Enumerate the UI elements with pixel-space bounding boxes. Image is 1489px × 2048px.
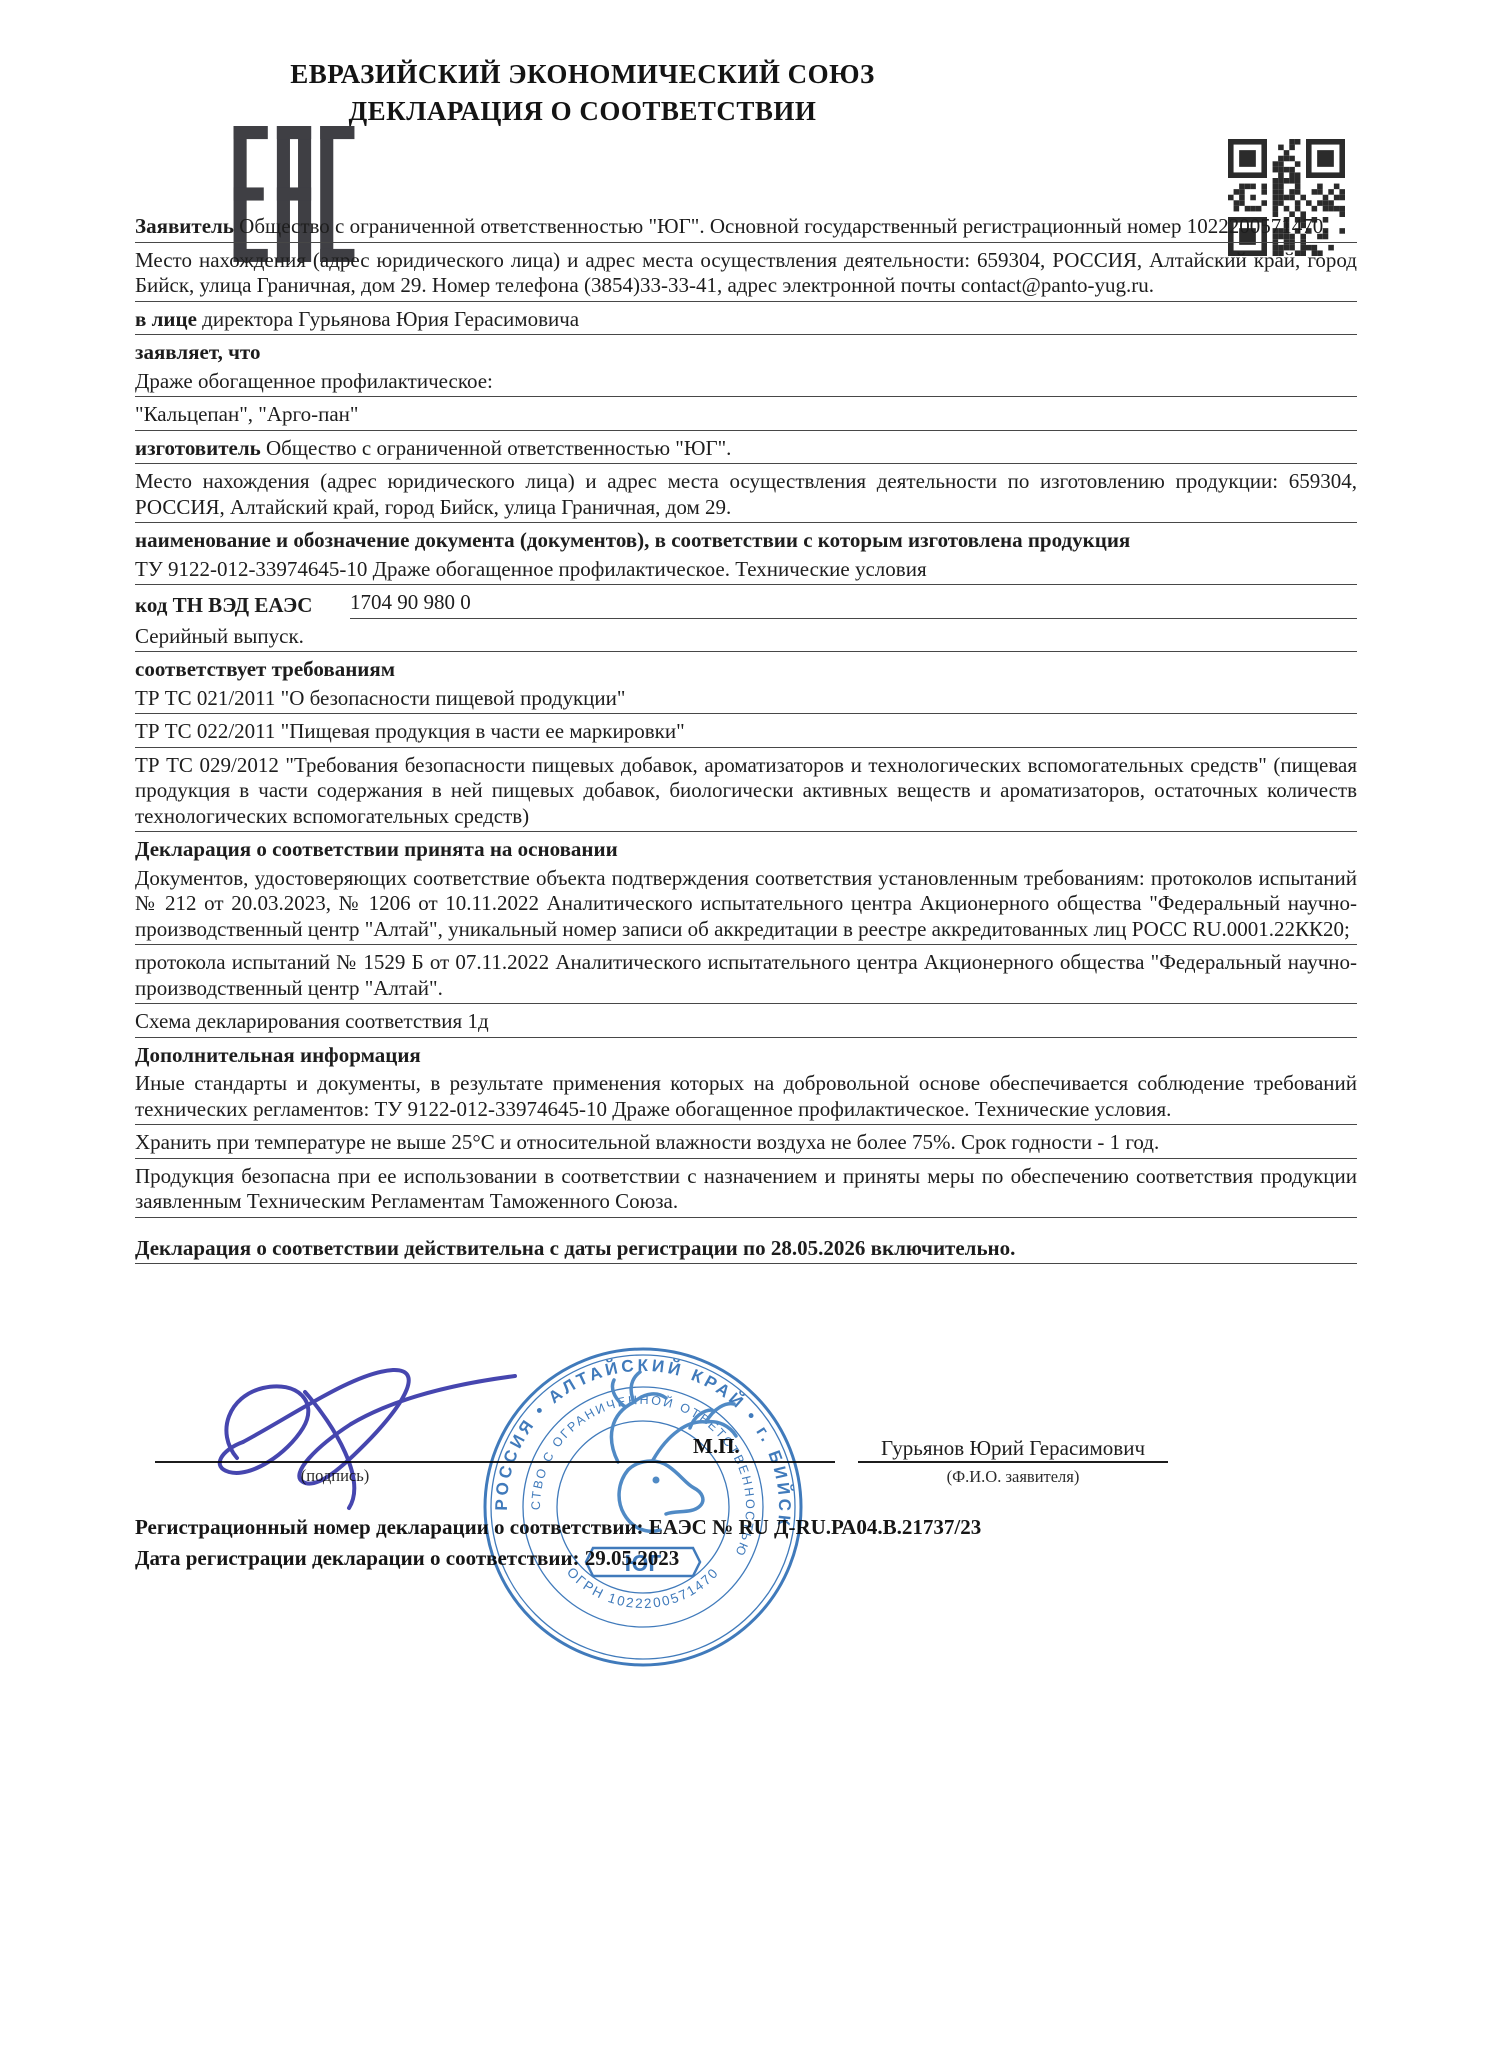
field-text: ТР ТС 021/2011 "О безопасности пищевой п… [135,686,625,710]
field-text: протокола испытаний № 1529 Б от 07.11.20… [135,950,1357,1000]
field-text: Продукция безопасна при ее использовании… [135,1164,1357,1214]
basis-heading: Декларация о соответствии принята на осн… [135,837,1357,863]
stamp-outer-ring-text: • РОССИЯ • АЛТАЙСКИЙ КРАЙ • г. БИЙСК [478,1342,794,1530]
field-text: Хранить при температуре не выше 25°С и о… [135,1130,1159,1154]
tnved: код ТН ВЭД ЕАЭС1704 90 980 0 [135,590,1357,619]
basis-protocols: Документов, удостоверяющих соответствие … [135,866,1357,946]
registration-number: Регистрационный номер декларации о соотв… [135,1515,981,1540]
field-label: в лице [135,307,197,331]
field-text: ТР ТС 022/2011 "Пищевая продукция в част… [135,719,685,743]
field-text: Серийный выпуск. [135,624,304,648]
applicant-address: Место нахождения (адрес юридического лиц… [135,248,1357,302]
safety: Продукция безопасна при ее использовании… [135,1164,1357,1218]
field-text: ТУ 9122-012-33974645-10 Драже обогащенно… [135,557,927,581]
scheme: Схема декларирования соответствия 1д [135,1009,1357,1038]
field-text: Драже обогащенное профилактическое: [135,369,493,393]
field-label: наименование и обозначение документа (до… [135,528,1130,552]
document-page: ЕВРАЗИЙСКИЙ ЭКОНОМИЧЕСКИЙ СОЮЗ ДЕКЛАРАЦИ… [0,0,1489,2048]
doc-tu: ТУ 9122-012-33974645-10 Драже обогащенно… [135,557,1357,586]
tnved-label: код ТН ВЭД ЕАЭС [135,593,350,619]
fio-line [858,1461,1168,1463]
field-text: директора Гурьянова Юрия Герасимовича [197,307,579,331]
validity: Декларация о соответствии действительна … [135,1236,1357,1265]
director: в лице директора Гурьянова Юрия Герасимо… [135,307,1357,336]
handwritten-signature [185,1362,565,1512]
field-label: Заявитель [135,214,234,238]
document-body: Заявитель Общество с ограниченной ответс… [135,214,1357,1269]
manufacturer-address: Место нахождения (адрес юридического лиц… [135,469,1357,523]
basis-protocol-2: протокола испытаний № 1529 Б от 07.11.20… [135,950,1357,1004]
title-line1: ЕВРАЗИЙСКИЙ ЭКОНОМИЧЕСКИЙ СОЮЗ [225,56,940,93]
signature-caption: (подпись) [255,1466,415,1486]
title-line2: ДЕКЛАРАЦИЯ О СООТВЕТСТВИИ [225,93,940,130]
field-text: Документов, удостоверяющих соответствие … [135,866,1357,941]
field-label: Декларация о соответствии действительна … [135,1236,1015,1260]
field-label: заявляет, что [135,340,260,364]
product: Драже обогащенное профилактическое: [135,369,1357,398]
storage: Хранить при температуре не выше 25°С и о… [135,1130,1357,1159]
field-text: Схема декларирования соответствия 1д [135,1009,489,1033]
field-text: "Кальцепан", "Арго-пан" [135,402,358,426]
applicant: Заявитель Общество с ограниченной ответс… [135,214,1357,243]
tr-ts-029: ТР ТС 029/2012 "Требования безопасности … [135,753,1357,833]
field-label: соответствует требованиям [135,657,395,681]
field-label: Декларация о соответствии принята на осн… [135,837,618,861]
tr-ts-022: ТР ТС 022/2011 "Пищевая продукция в част… [135,719,1357,748]
signature-line [155,1461,835,1463]
stamp-ogrn-text: ОГРН 1022200571470 [564,1564,722,1611]
fio-caption: (Ф.И.О. заявителя) [858,1467,1168,1487]
doc-heading: наименование и обозначение документа (до… [135,528,1357,554]
declares: заявляет, что [135,340,1357,366]
tr-ts-021: ТР ТС 021/2011 "О безопасности пищевой п… [135,686,1357,715]
serial: Серийный выпуск. [135,624,1357,653]
registration-date: Дата регистрации декларации о соответств… [135,1546,679,1571]
stamp-place-label: М.П. [693,1434,740,1459]
additional-standards: Иные стандарты и документы, в результате… [135,1071,1357,1125]
field-text: Общество с ограниченной ответственностью… [261,436,732,460]
document-title: ЕВРАЗИЙСКИЙ ЭКОНОМИЧЕСКИЙ СОЮЗ ДЕКЛАРАЦИ… [225,56,940,130]
field-label: изготовитель [135,436,261,460]
applicant-name: Гурьянов Юрий Герасимович [858,1436,1168,1461]
tnved-value: 1704 90 980 0 [350,590,471,614]
requirements-heading: соответствует требованиям [135,657,1357,683]
field-text: ТР ТС 029/2012 "Требования безопасности … [135,753,1357,828]
manufacturer: изготовитель Общество с ограниченной отв… [135,436,1357,465]
additional-heading: Дополнительная информация [135,1043,1357,1069]
field-text: Общество с ограниченной ответственностью… [234,214,1329,238]
field-label: Дополнительная информация [135,1043,421,1067]
field-text: Место нахождения (адрес юридического лиц… [135,469,1357,519]
product-names: "Кальцепан", "Арго-пан" [135,402,1357,431]
field-text: Место нахождения (адрес юридического лиц… [135,248,1357,298]
company-stamp: • РОССИЯ • АЛТАЙСКИЙ КРАЙ • г. БИЙСК ОБЩ… [478,1342,808,1672]
field-text: Иные стандарты и документы, в результате… [135,1071,1357,1121]
